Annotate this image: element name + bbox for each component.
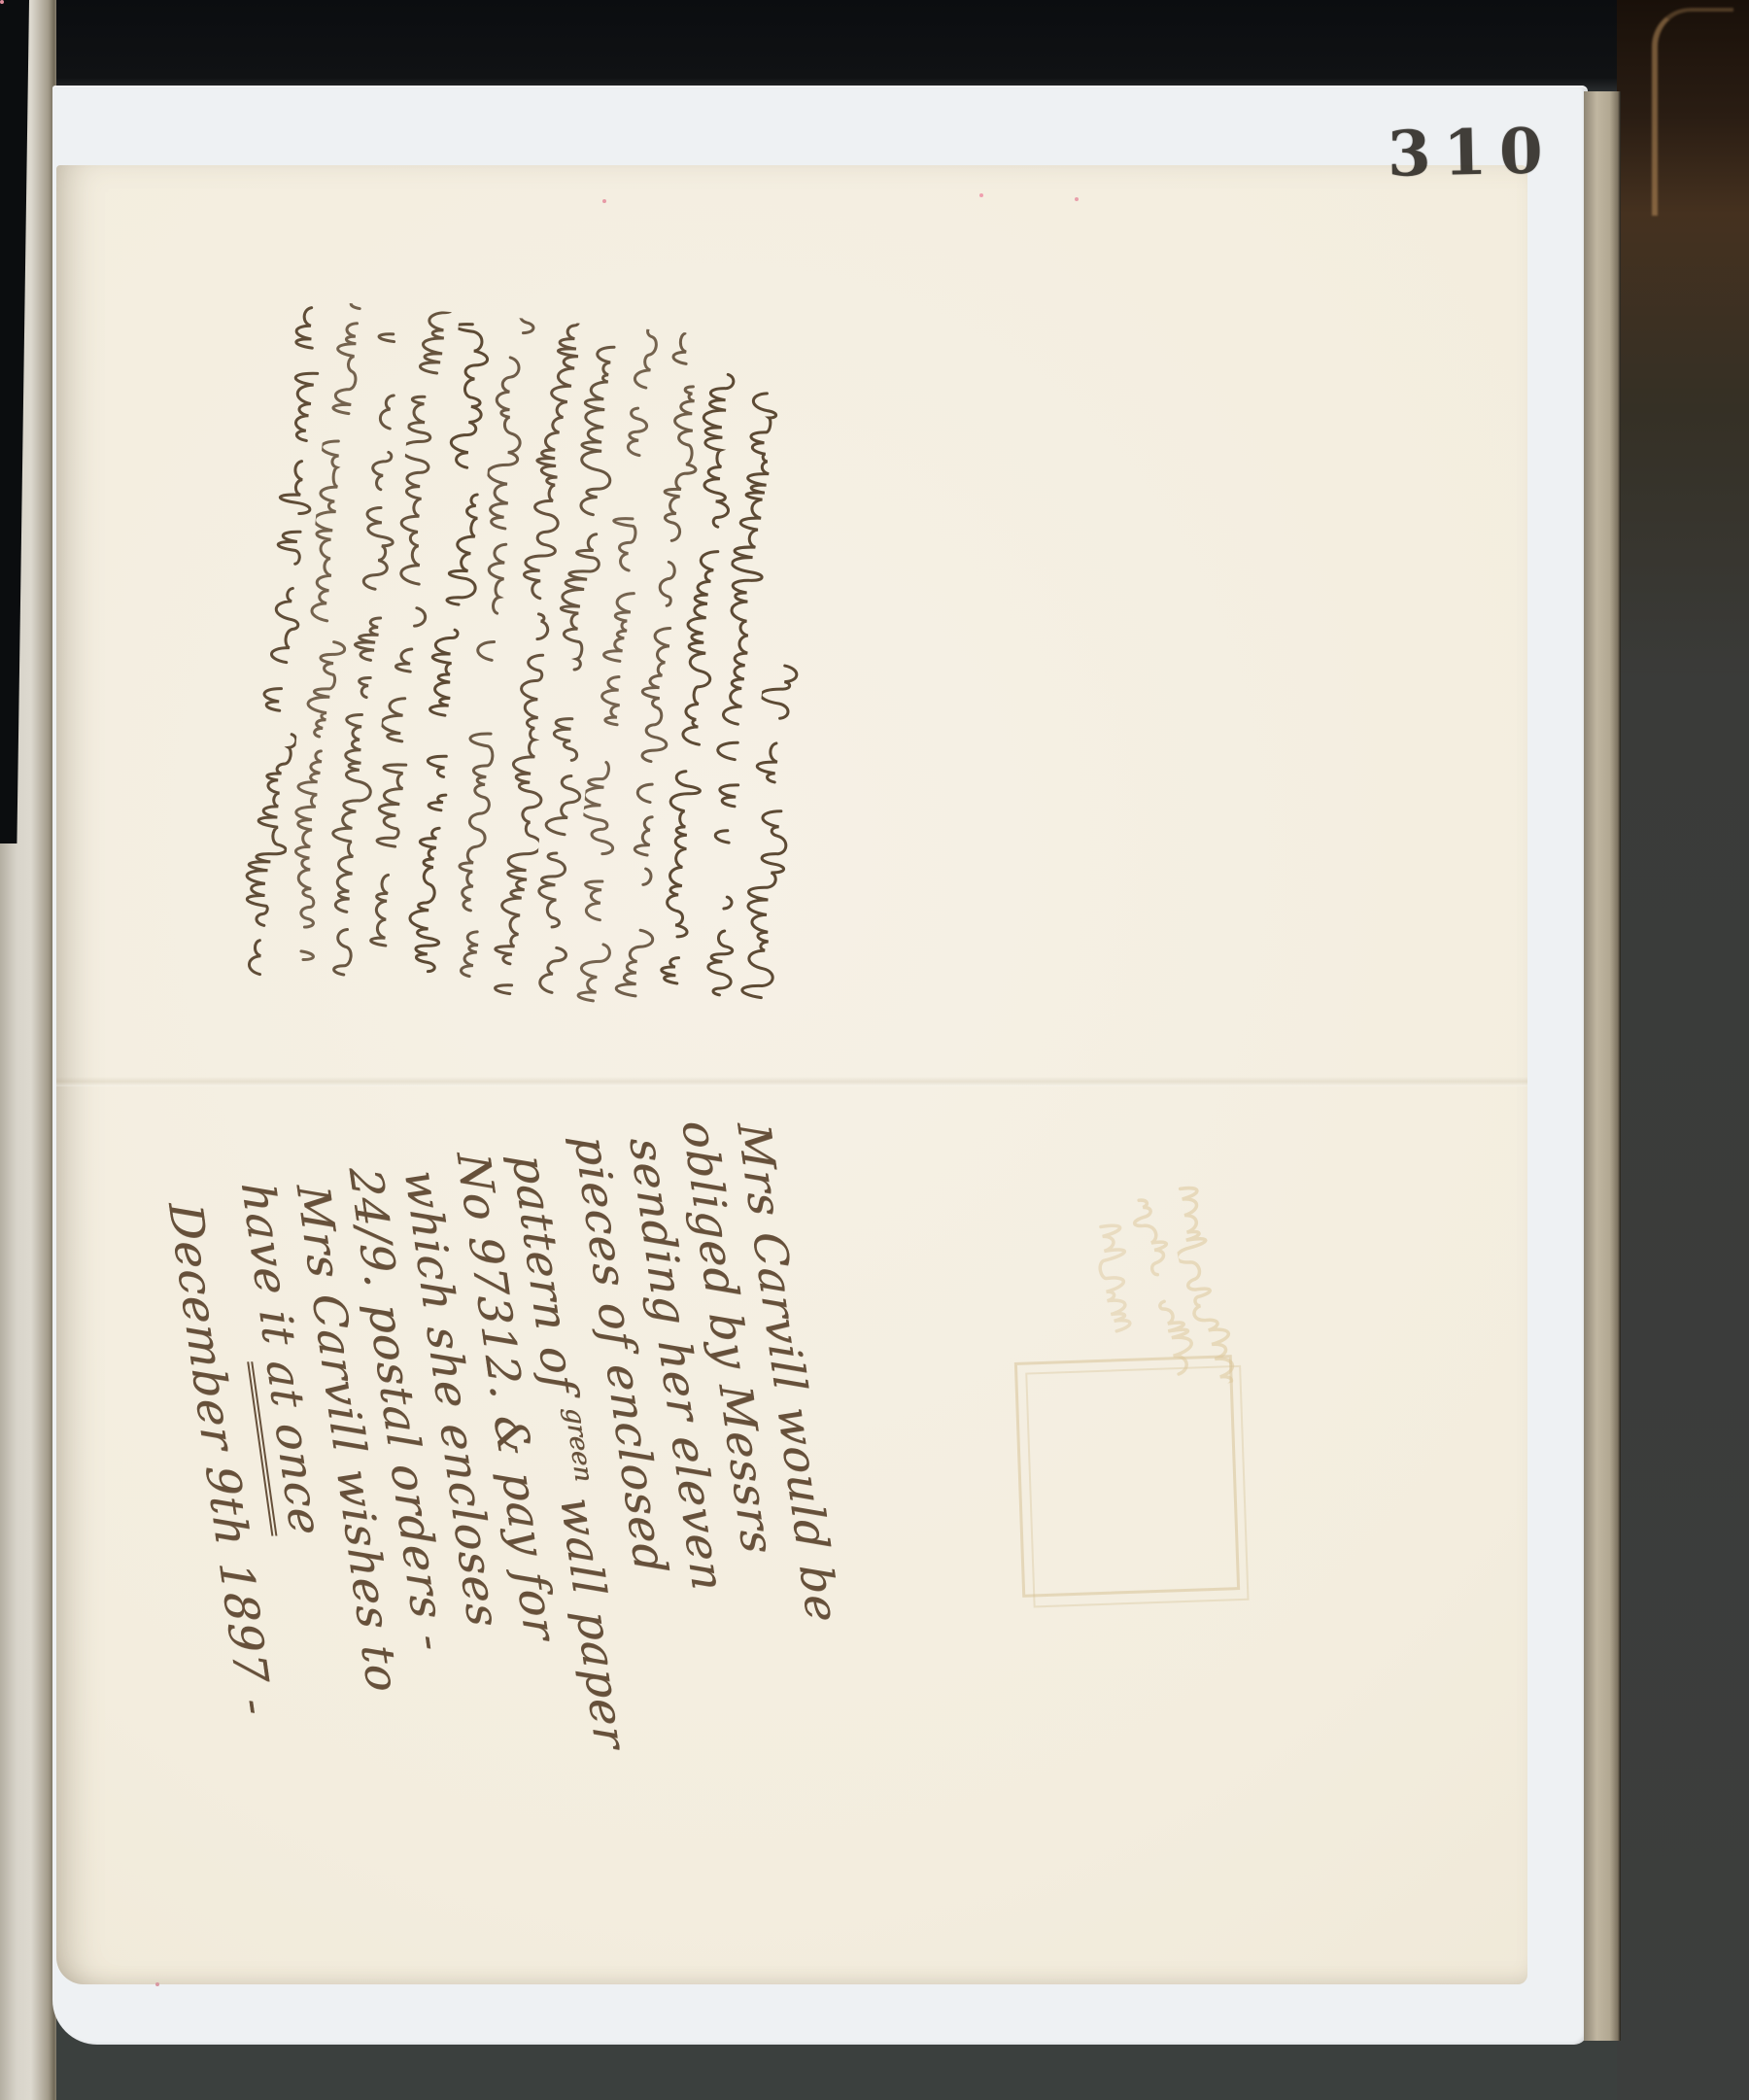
folio-number-stamp: 310 <box>1387 115 1556 191</box>
pink-paper-specks <box>0 0 4 4</box>
page-crease <box>56 1077 1527 1086</box>
top-letter-scrawl <box>234 298 836 1023</box>
book-cover-edge <box>1617 0 1749 2100</box>
photographed-letter-book-page: 310 Mrs Carvill would be obliged by Mess… <box>0 0 1749 2100</box>
interlined-word: green <box>559 1408 599 1482</box>
top-pasted-letter <box>223 277 845 1045</box>
bottom-letter-text: Mrs Carvill would be obliged by Messrs s… <box>162 1107 868 1829</box>
book-cover-corner-highlight <box>1652 8 1733 216</box>
bottom-pasted-letter: Mrs Carvill would be obliged by Messrs s… <box>97 1108 933 1827</box>
book-block-fore-edge <box>1584 91 1621 2041</box>
